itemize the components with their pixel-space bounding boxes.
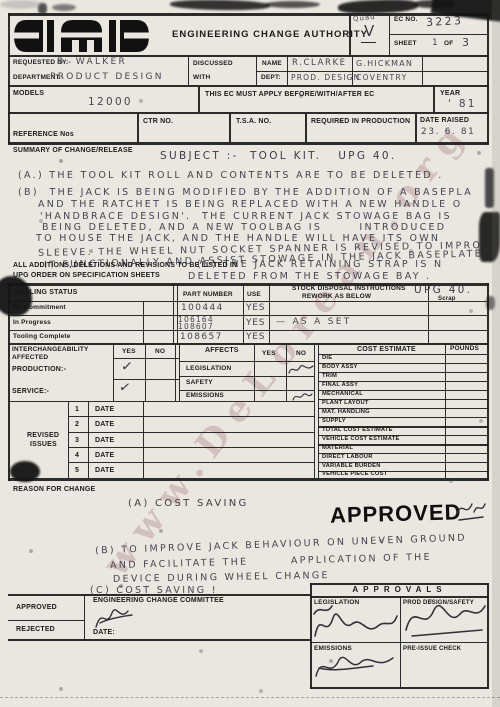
sheet-label: SHEET: [394, 41, 417, 48]
cost-item-label: VARIABLE BURDEN: [322, 464, 381, 470]
legislation-signature: [312, 600, 400, 642]
grid-line: [113, 345, 114, 401]
department-value: PRODUCT DESIGN: [50, 73, 164, 82]
name-1-value: R.CLARKE: [292, 59, 347, 68]
smudge: [0, 0, 42, 9]
grid-line: [8, 639, 310, 641]
footer-date-label: DATE:: [93, 629, 115, 636]
approved-stamp: APPROVED: [330, 499, 462, 528]
affects-label: AFFECTS: [205, 347, 239, 354]
dmc-logo: [14, 19, 149, 53]
form-title: ENGINEERING CHANGE AUTHORITY: [172, 30, 368, 40]
reason-line-b2: AND FACILITATE THE APPLICATION OF THE: [110, 553, 432, 571]
discussed-with-label2: WITH: [193, 75, 210, 82]
affects-no-label: NO: [296, 351, 306, 358]
service-checkmark: ✓: [118, 380, 134, 396]
date-label: DATE: [95, 406, 114, 413]
cost-item-label: DIE: [322, 356, 332, 362]
grid-line: [8, 13, 10, 144]
year-label: YEAR: [440, 90, 460, 97]
grid-line: [143, 401, 144, 478]
date-label: DATE: [95, 437, 114, 444]
part-number-label: PART NUMBER: [183, 292, 233, 299]
sheet-number: 1: [432, 39, 440, 48]
grid-line: [310, 687, 489, 689]
grid-line: [8, 401, 315, 402]
legislation-no-scribble: [288, 362, 314, 377]
summary-subject: SUBJECT :- TOOL KIT. UPG 40.: [160, 151, 397, 162]
service-label: SERVICE:-: [12, 388, 49, 395]
emissions-signature: [313, 648, 397, 684]
summary-line-b1: (B) THE JACK IS BEING MODIFIED BY THE AD…: [18, 188, 473, 198]
grid-line: [68, 416, 315, 417]
issue-number: 3: [75, 437, 79, 444]
part-number-value: 100444: [181, 304, 224, 313]
sheet-total: 3: [462, 37, 471, 48]
grid-line: [143, 301, 144, 343]
issue-number: 5: [75, 467, 79, 474]
grid-line: [433, 87, 435, 112]
cost-item-label: MATERIAL: [322, 446, 353, 452]
grid-line: [177, 284, 178, 343]
summary-line-a: (A.) THE TOOL KIT ROLL AND CONTENTS ARE …: [18, 171, 444, 181]
grid-line: [8, 478, 489, 481]
upg-note: UPG 40.: [414, 285, 472, 296]
grid-line: [361, 42, 376, 43]
grid-line: [8, 620, 85, 621]
ctr-no-label: CTR NO.: [143, 118, 173, 125]
paper-specks: [0, 0, 2, 2]
grid-line: [8, 142, 489, 145]
date-raised-value: 23. 6. 81: [421, 128, 475, 137]
tooling-row-label: In Progress: [13, 320, 51, 327]
grid-line: [487, 13, 489, 144]
grid-line: [145, 345, 146, 401]
grid-line: [318, 354, 488, 355]
smudge: [265, 1, 320, 8]
grid-line: [68, 447, 315, 448]
cost-item-label: VEHICLE COST ESTIMATE: [322, 437, 400, 443]
grid-line: [243, 284, 244, 343]
grid-line: [318, 345, 319, 478]
grid-line: [84, 594, 85, 641]
ink-blob: [0, 276, 32, 316]
date-label: DATE: [95, 421, 114, 428]
use-value: YES: [246, 333, 265, 342]
summary-line-b3: 'HANDBRACE DESIGN'. THE CURRENT JACK STO…: [40, 212, 452, 222]
cost-item-label: VEHICLE PIECE COST: [322, 472, 387, 478]
grid-line: [88, 401, 89, 478]
production-checkmark: ✓: [120, 359, 135, 374]
revised-label: REVISED: [27, 432, 59, 439]
summary-line-b4: BEING DELETED, AND A NEW TOOLBAG IS INTR…: [42, 223, 446, 233]
issue-number: 2: [75, 421, 79, 428]
date-label: DATE: [95, 467, 114, 474]
grid-line: [8, 343, 489, 345]
scanned-document-page: www.DeLorean.org: [0, 0, 500, 707]
grid-line: [314, 345, 315, 478]
approved-initials-scribble: [455, 497, 487, 523]
affects-yes-label: YES: [262, 351, 276, 358]
grid-line: [389, 34, 488, 35]
approved-row-label: APPROVED: [16, 604, 57, 611]
grid-line: [8, 330, 489, 331]
grid-line: [254, 345, 255, 402]
dept-label: DEPT:: [261, 75, 281, 82]
rework-value: — AS A SET: [276, 318, 352, 327]
date-raised-label: DATE RAISED: [420, 117, 469, 124]
grid-line: [305, 114, 307, 142]
required-in-production-label: REQUIRED IN PRODUCTION: [311, 118, 410, 125]
grid-line: [8, 315, 489, 316]
reason-line-a: (A) COST SAVING: [128, 499, 249, 509]
smudge: [170, 0, 270, 11]
dept-2-value: COVENTRY: [356, 74, 408, 82]
emissions-row-label: EMISSIONS: [186, 393, 224, 400]
pounds-label: POUNDS: [450, 346, 479, 353]
grid-line: [229, 114, 231, 142]
grid-line: [415, 114, 417, 142]
yes-column-label: YES: [122, 349, 136, 356]
cost-item-label: MECHANICAL: [322, 392, 363, 398]
cost-item-label: FINAL ASSY: [322, 383, 358, 389]
rework-label: REWORK AS BELOW: [302, 294, 371, 301]
grid-line: [487, 283, 489, 481]
issue-number: 1: [75, 406, 79, 413]
summary-label: SUMMARY OF CHANGE/RELEASE: [13, 147, 133, 154]
discussed-with-label: DISCUSSED: [193, 61, 233, 68]
cost-item-label: DIRECT LABOUR: [322, 455, 373, 461]
issues-label: ISSUES: [30, 441, 57, 448]
quad-value: V: [364, 24, 377, 39]
models-label: MODELS: [13, 90, 44, 97]
apply-before-with-after-label: THIS EC MUST APPLY BEFORE/WITH/AFTER EC: [205, 91, 374, 98]
scan-edge-line: [0, 697, 500, 698]
cost-item-label: TRIM: [322, 374, 337, 380]
year-value: ' 81: [448, 99, 477, 110]
use-label: USE: [247, 292, 261, 299]
stock-disposal-label: STOCK DISPOSAL INSTRUCTIONS: [292, 286, 406, 293]
tsa-no-label: T.S.A. NO.: [236, 118, 271, 125]
production-label: PRODUCTION:-: [12, 366, 66, 373]
approvals-title: APPROVALS: [310, 586, 489, 594]
grid-line: [445, 345, 446, 478]
grid-line: [198, 87, 200, 112]
grid-line: [8, 301, 489, 302]
cost-item-label: PLANT LAYOUT: [322, 401, 369, 407]
issue-number: 4: [75, 452, 79, 459]
grid-line: [256, 71, 488, 72]
part-number-value: 108607: [178, 323, 214, 331]
grid-line: [8, 85, 489, 87]
no-column-label: NO: [155, 349, 165, 356]
smudge: [52, 4, 76, 11]
cost-item-label: BODY ASSY: [322, 365, 358, 371]
grid-line: [173, 284, 174, 343]
use-value: YES: [246, 319, 265, 328]
emissions-no-scribble: [292, 391, 313, 403]
ec-no-value: 3223: [426, 15, 464, 28]
safety-row-label: SAFETY: [186, 380, 213, 387]
ink-blob: [10, 461, 40, 482]
grid-line: [68, 462, 315, 463]
affected-label: AFFECTED: [12, 355, 48, 362]
grid-line: [175, 345, 176, 401]
grid-line: [269, 284, 270, 343]
grid-line: [137, 114, 139, 142]
ec-no-label: EC NO.: [394, 17, 418, 24]
edge-shade: [492, 0, 500, 707]
use-value: YES: [246, 304, 265, 313]
grid-line: [179, 345, 180, 401]
date-label: DATE: [95, 452, 114, 459]
grid-line: [400, 596, 401, 687]
reason-for-change-label: REASON FOR CHANGE: [13, 486, 95, 493]
reason-line-c: (C) COST SAVING !: [90, 586, 218, 596]
reference-nos-label: REFERENCE Nos: [13, 131, 74, 138]
grid-line: [68, 432, 315, 433]
cost-estimate-label: COST ESTIMATE: [357, 346, 416, 353]
summary-note-line1: ALL ADDITIONS, DELETIONS AND REVISIONS T…: [13, 262, 237, 269]
tooling-row-label: Tooling Complete: [13, 334, 71, 341]
rejected-row-label: REJECTED: [16, 626, 55, 633]
prod-design-signature: [402, 596, 488, 638]
requested-by-value: B. WALKER: [57, 58, 127, 67]
grid-line: [188, 57, 189, 85]
part-number-value: 108657: [180, 333, 223, 342]
name-label: NAME: [262, 61, 282, 68]
interchangeability-label: INTERCHANGEABILITY: [12, 347, 89, 354]
cost-item-label: MAT. HANDLING: [322, 410, 370, 416]
cost-item-label: SUPPLY: [322, 419, 346, 425]
name-2-value: G.HICKMAN: [356, 60, 413, 68]
models-value: 12000: [88, 97, 133, 108]
cost-item-label: TOTAL COST ESTIMATE: [322, 428, 393, 434]
grid-line: [286, 345, 287, 402]
summary-line-c2: DELETED FROM THE STOWAGE BAY .: [188, 272, 432, 282]
approvals-pre-issue-label: PRE-ISSUE CHECK: [403, 646, 461, 652]
of-label: OF: [444, 41, 453, 48]
legislation-row-label: LEGISLATION: [186, 366, 231, 373]
dept-1-value: PROD. DESIGN: [291, 74, 361, 82]
committee-signature: [92, 601, 138, 631]
scrap-label: Scrap: [438, 296, 456, 302]
grid-line: [68, 401, 69, 478]
summary-note-line2: UPG ORDER ON SPECIFICATION SHEETS: [13, 272, 160, 279]
summary-line-b2: AND THE RATCHET IS BEING REPLACED WITH A…: [38, 200, 463, 210]
grid-line: [318, 372, 488, 373]
reason-line-b3: DEVICE DURING WHEEL CHANGE: [113, 571, 330, 584]
